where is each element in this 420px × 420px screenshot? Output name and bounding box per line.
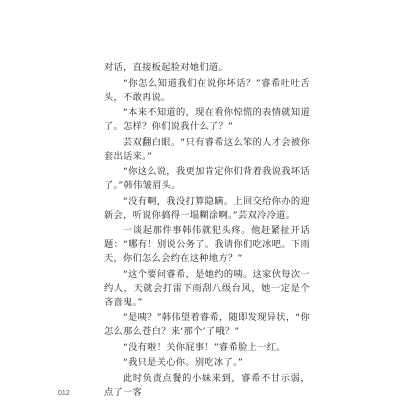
paragraph: “是咦？”韩伟望着睿希，随即发现异状，“你怎么那么苍白？来‘那个’了哦？” <box>104 311 310 339</box>
body-text: 对话，直接板起脸对她们道。 “你怎么知道我们在说你坏话？”睿希吐吐舌头，不敢再说… <box>104 61 310 401</box>
paragraph: 对话，直接板起脸对她们道。 <box>104 61 310 75</box>
paragraph: 一谈起那件事韩伟就犯头疼。他赶紧扯开话题：“哪有！别说公务了。我请你们吃冰吧。下… <box>104 224 310 266</box>
paragraph: “没有啦！关你屁事！”睿希脸上一红。 <box>104 341 310 355</box>
paragraph: “你这么说，我更加肯定你们背着我说我坏话了。”韩伟皱眉头。 <box>104 165 310 193</box>
book-page: 对话，直接板起脸对她们道。 “你怎么知道我们在说你坏话？”睿希吐吐舌头，不敢再说… <box>0 0 420 420</box>
paragraph: “我只是关心你。别吃冰了。” <box>104 356 310 370</box>
page-number: 012 <box>58 390 70 397</box>
paragraph: “本来不知道的，现在看你惊慌的表情就知道了。怎样？你们说我什么了？” <box>104 106 310 134</box>
paragraph: “你怎么知道我们在说你坏话？”睿希吐吐舌头，不敢再说。 <box>104 77 310 105</box>
paragraph: “这个要问睿希，是她约的咦。这家伙每次一约人，天就会打雷下雨刮八级台风，她一定是… <box>104 268 310 310</box>
paragraph: 此时负责点餐的小妹来到，睿希不甘示弱，点了一客 <box>104 372 310 400</box>
paragraph: “没有啊，我没打算隐瞒。上回交给你办的迎新会，听说你搞得一塌糊涂啊。”芸双冷冷道… <box>104 195 310 223</box>
paragraph: 芸双翻白眼。“只有睿希这么笨的人才会被你套出话来。” <box>104 136 310 164</box>
